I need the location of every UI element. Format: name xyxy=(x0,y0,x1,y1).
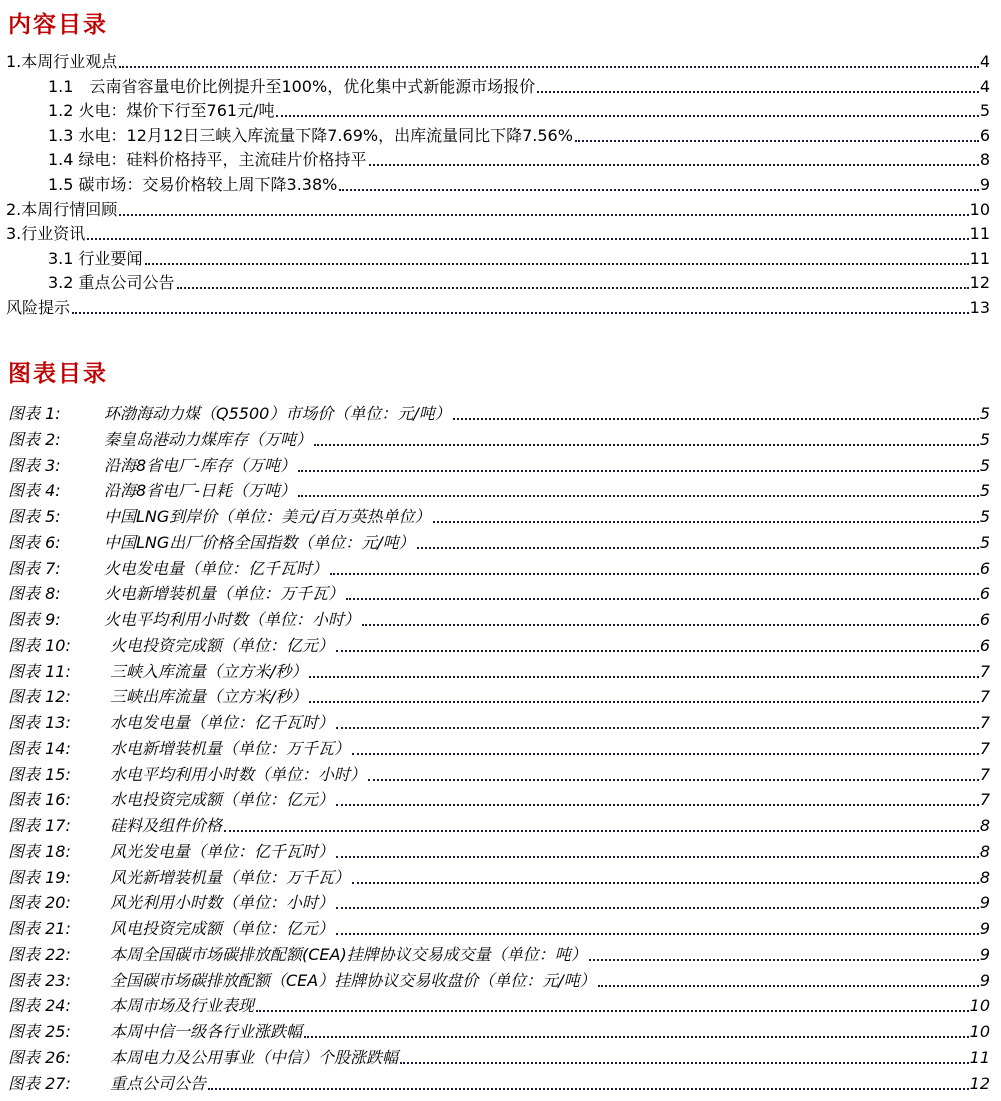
figure-entry-label[interactable]: 火电新增装机量（单位：万千瓦） xyxy=(104,584,346,604)
figure-entry[interactable]: 图表 17:硅料及组件价格8 xyxy=(0,812,990,836)
toc-entry[interactable]: 1.5 碳市场：交易价格较上周下降3.38%9 xyxy=(0,171,990,195)
dot-leader xyxy=(336,933,979,935)
dot-leader xyxy=(537,91,979,93)
figure-entry-label[interactable]: 本周全国碳市场碳排放配额(CEA)挂牌协议交易成交量（单位：吨） xyxy=(110,945,589,965)
toc-entry-page[interactable]: 12 xyxy=(969,273,990,293)
figure-entry-label[interactable]: 风电投资完成额（单位：亿元） xyxy=(110,919,336,939)
dot-leader xyxy=(417,547,979,549)
toc-entry[interactable]: 1.4 绿电：硅料价格持平，主流硅片价格持平8 xyxy=(0,146,990,170)
figure-number: 图表 25: xyxy=(0,1022,110,1042)
figure-entry-label[interactable]: 水电发电量（单位：亿千瓦时） xyxy=(110,713,336,733)
dot-leader xyxy=(304,1036,969,1038)
figure-entry-page[interactable]: 6 xyxy=(979,610,990,630)
figure-entry[interactable]: 图表 7:火电发电量（单位：亿千瓦时）6 xyxy=(0,555,990,579)
dot-leader xyxy=(339,189,978,191)
toc-entry[interactable]: 3.行业资讯11 xyxy=(0,220,990,244)
figure-number: 图表 23: xyxy=(0,971,110,991)
figure-entry[interactable]: 图表 10:火电投资完成额（单位：亿元）6 xyxy=(0,632,990,656)
dot-leader xyxy=(119,66,979,68)
toc-entry-page[interactable]: 5 xyxy=(979,101,990,121)
figure-entry[interactable]: 图表 24:本周市场及行业表现10 xyxy=(0,992,990,1016)
figure-number: 图表 1: xyxy=(0,404,104,424)
figure-number: 图表 14: xyxy=(0,739,110,759)
figure-number: 图表 18: xyxy=(0,842,110,862)
dot-leader xyxy=(256,1010,969,1012)
figure-entry-page[interactable]: 9 xyxy=(979,893,990,913)
dot-leader xyxy=(298,470,979,472)
figure-entry[interactable]: 图表 6:中国LNG出厂价格全国指数（单位：元/吨）5 xyxy=(0,529,990,553)
toc-entry-page[interactable]: 9 xyxy=(979,175,990,195)
figure-entry[interactable]: 图表 1:环渤海动力煤（Q5500）市场价（单位：元/吨）5 xyxy=(0,400,990,424)
dot-leader xyxy=(145,263,969,265)
figure-entry[interactable]: 图表 26:本周电力及公用事业（中信）个股涨跌幅11 xyxy=(0,1044,990,1068)
dot-leader xyxy=(369,164,979,166)
contents-title: 内容目录 xyxy=(8,6,108,39)
figures-title: 图表目录 xyxy=(8,355,108,388)
figure-number: 图表 15: xyxy=(0,765,110,785)
figure-entry-label[interactable]: 火电平均利用小时数（单位：小时） xyxy=(104,610,362,630)
toc-entry[interactable]: 风险提示13 xyxy=(0,294,990,318)
dot-leader xyxy=(598,985,979,987)
figure-number: 图表 27: xyxy=(0,1074,110,1094)
dot-leader xyxy=(336,650,979,652)
dot-leader xyxy=(575,140,979,142)
figure-entry-page[interactable]: 5 xyxy=(979,481,990,501)
figure-entry-page[interactable]: 7 xyxy=(979,662,990,682)
toc-entry-page[interactable]: 8 xyxy=(979,150,990,170)
figure-number: 图表 26: xyxy=(0,1048,110,1068)
figure-entry[interactable]: 图表 15:水电平均利用小时数（单位：小时）7 xyxy=(0,761,990,785)
dot-leader xyxy=(589,959,979,961)
figure-entry-page[interactable]: 6 xyxy=(979,559,990,579)
figure-entry-label[interactable]: 风光利用小时数（单位：小时） xyxy=(110,893,336,913)
figure-number: 图表 8: xyxy=(0,584,104,604)
figure-number: 图表 22: xyxy=(0,945,110,965)
dot-leader xyxy=(119,214,968,216)
toc-entry-label[interactable]: 1.本周行业观点 xyxy=(0,52,119,72)
figure-entry-page[interactable]: 7 xyxy=(979,739,990,759)
dot-leader xyxy=(276,115,978,117)
toc-entry-label[interactable]: 3.1 行业要闻 xyxy=(0,249,145,269)
figure-entry-label[interactable]: 三峡入库流量（立方米/秒） xyxy=(110,662,309,682)
figure-entry[interactable]: 图表 25:本周中信一级各行业涨跌幅10 xyxy=(0,1018,990,1042)
figure-entry[interactable]: 图表 22:本周全国碳市场碳排放配额(CEA)挂牌协议交易成交量（单位：吨）9 xyxy=(0,941,990,965)
dot-leader xyxy=(336,907,979,909)
figure-entry-label[interactable]: 中国LNG出厂价格全国指数（单位：元/吨） xyxy=(104,533,417,553)
toc-entry-label[interactable]: 1.5 碳市场：交易价格较上周下降3.38% xyxy=(0,175,339,195)
figure-entry-page[interactable]: 8 xyxy=(979,868,990,888)
figure-entry[interactable]: 图表 19:风光新增装机量（单位：万千瓦）8 xyxy=(0,864,990,888)
figure-entry-label[interactable]: 风光发电量（单位：亿千瓦时） xyxy=(110,842,336,862)
figure-entry-page[interactable]: 12 xyxy=(969,1074,990,1094)
dot-leader xyxy=(362,624,979,626)
figure-number: 图表 16: xyxy=(0,790,110,810)
figure-entry[interactable]: 图表 16:水电投资完成额（单位：亿元）7 xyxy=(0,786,990,810)
figure-number: 图表 17: xyxy=(0,816,110,836)
figure-entry-label[interactable]: 中国LNG到岸价（单位：美元/百万英热单位） xyxy=(104,507,433,527)
figure-number: 图表 3: xyxy=(0,456,104,476)
figure-entry-label[interactable]: 沿海8省电厂-日耗（万吨） xyxy=(104,481,298,501)
figure-entry-label[interactable]: 全国碳市场碳排放配额（CEA）挂牌协议交易收盘价（单位：元/吨） xyxy=(110,971,598,991)
figure-entry-label[interactable]: 三峡出库流量（立方米/秒） xyxy=(110,687,309,707)
dot-leader xyxy=(368,779,979,781)
figure-entry-label[interactable]: 本周市场及行业表现 xyxy=(110,996,256,1016)
figure-entry-label[interactable]: 水电新增装机量（单位：万千瓦） xyxy=(110,739,352,759)
toc-entry-label[interactable]: 1.1 云南省容量电价比例提升至100%，优化集中式新能源市场报价 xyxy=(0,77,537,97)
toc-entry[interactable]: 1.1 云南省容量电价比例提升至100%，优化集中式新能源市场报价4 xyxy=(0,73,990,97)
figure-entry-label[interactable]: 风光新增装机量（单位：万千瓦） xyxy=(110,868,352,888)
dot-leader xyxy=(336,727,979,729)
dot-leader xyxy=(208,1088,969,1090)
figure-number: 图表 24: xyxy=(0,996,110,1016)
figure-number: 图表 6: xyxy=(0,533,104,553)
figure-entry[interactable]: 图表 18:风光发电量（单位：亿千瓦时）8 xyxy=(0,838,990,862)
figure-entry-label[interactable]: 环渤海动力煤（Q5500）市场价（单位：元/吨） xyxy=(104,404,453,424)
dot-leader xyxy=(309,676,978,678)
figure-entry-label[interactable]: 火电投资完成额（单位：亿元） xyxy=(110,636,336,656)
figure-entry-page[interactable]: 9 xyxy=(979,919,990,939)
toc-entry-page[interactable]: 10 xyxy=(969,200,990,220)
figure-number: 图表 5: xyxy=(0,507,104,527)
figure-entry[interactable]: 图表 11:三峡入库流量（立方米/秒）7 xyxy=(0,658,990,682)
figure-entry[interactable]: 图表 9:火电平均利用小时数（单位：小时）6 xyxy=(0,606,990,630)
figure-entry-page[interactable]: 7 xyxy=(979,687,990,707)
figure-entry-page[interactable]: 5 xyxy=(979,533,990,553)
figure-entry-label[interactable]: 水电投资完成额（单位：亿元） xyxy=(110,790,336,810)
dot-leader xyxy=(298,495,979,497)
figure-entry-label[interactable]: 火电发电量（单位：亿千瓦时） xyxy=(104,559,330,579)
toc-entry[interactable]: 2.本周行情回顾10 xyxy=(0,196,990,220)
toc-entry-label[interactable]: 1.3 水电：12月12日三峡入库流量下降7.69%，出库流量同比下降7.56% xyxy=(0,126,575,146)
figure-entry-page[interactable]: 11 xyxy=(969,1048,990,1068)
figure-entry-page[interactable]: 7 xyxy=(979,790,990,810)
figure-entry-page[interactable]: 5 xyxy=(979,507,990,527)
dot-leader xyxy=(336,804,979,806)
toc-entry[interactable]: 1.2 火电：煤价下行至761元/吨5 xyxy=(0,97,990,121)
figure-number: 图表 11: xyxy=(0,662,110,682)
toc-entry-label[interactable]: 风险提示 xyxy=(0,298,72,318)
figure-number: 图表 13: xyxy=(0,713,110,733)
toc-entry-page[interactable]: 4 xyxy=(979,77,990,97)
figure-number: 图表 9: xyxy=(0,610,104,630)
toc-entry-label[interactable]: 2.本周行情回顾 xyxy=(0,200,119,220)
toc-entry[interactable]: 3.2 重点公司公告12 xyxy=(0,269,990,293)
figure-entry[interactable]: 图表 8:火电新增装机量（单位：万千瓦）6 xyxy=(0,580,990,604)
figure-entry[interactable]: 图表 2:秦皇岛港动力煤库存（万吨）5 xyxy=(0,426,990,450)
toc-entry-label[interactable]: 3.行业资讯 xyxy=(0,224,87,244)
figure-entry-label[interactable]: 秦皇岛港动力煤库存（万吨） xyxy=(104,430,314,450)
dot-leader xyxy=(346,598,979,600)
toc-entry[interactable]: 1.本周行业观点4 xyxy=(0,48,990,72)
figure-entry-page[interactable]: 8 xyxy=(979,816,990,836)
figure-number: 图表 20: xyxy=(0,893,110,913)
dot-leader xyxy=(87,238,968,240)
dot-leader xyxy=(177,287,969,289)
figure-entry[interactable]: 图表 14:水电新增装机量（单位：万千瓦）7 xyxy=(0,735,990,759)
figure-number: 图表 10: xyxy=(0,636,110,656)
dot-leader xyxy=(400,1062,969,1064)
figure-number: 图表 2: xyxy=(0,430,104,450)
dot-leader xyxy=(224,830,979,832)
dot-leader xyxy=(453,418,979,420)
dot-leader xyxy=(336,856,979,858)
figure-entry[interactable]: 图表 21:风电投资完成额（单位：亿元）9 xyxy=(0,915,990,939)
figure-entry-page[interactable]: 7 xyxy=(979,713,990,733)
toc-entry-page[interactable]: 11 xyxy=(969,249,990,269)
dot-leader xyxy=(314,444,979,446)
toc-entry-page[interactable]: 4 xyxy=(979,52,990,72)
figure-entry-label[interactable]: 本周中信一级各行业涨跌幅 xyxy=(110,1022,304,1042)
figure-number: 图表 7: xyxy=(0,559,104,579)
toc-entry[interactable]: 3.1 行业要闻11 xyxy=(0,245,990,269)
figure-entry[interactable]: 图表 3:沿海8省电厂-库存（万吨）5 xyxy=(0,452,990,476)
figure-entry-label[interactable]: 沿海8省电厂-库存（万吨） xyxy=(104,456,298,476)
dot-leader xyxy=(433,521,979,523)
figure-entry-page[interactable]: 5 xyxy=(979,456,990,476)
toc-entry-page[interactable]: 6 xyxy=(979,126,990,146)
toc-entry-label[interactable]: 1.4 绿电：硅料价格持平，主流硅片价格持平 xyxy=(0,150,369,170)
figure-entry-label[interactable]: 重点公司公告 xyxy=(110,1074,208,1094)
figure-entry[interactable]: 图表 27:重点公司公告12 xyxy=(0,1070,990,1094)
figure-entry-page[interactable]: 6 xyxy=(979,636,990,656)
dot-leader xyxy=(72,312,969,314)
figure-entry-page[interactable]: 8 xyxy=(979,842,990,862)
figure-entry-label[interactable]: 硅料及组件价格 xyxy=(110,816,224,836)
dot-leader xyxy=(330,573,979,575)
figure-entry-page[interactable]: 9 xyxy=(979,945,990,965)
figure-entry[interactable]: 图表 4:沿海8省电厂-日耗（万吨）5 xyxy=(0,477,990,501)
figure-number: 图表 4: xyxy=(0,481,104,501)
toc-entry-label[interactable]: 1.2 火电：煤价下行至761元/吨 xyxy=(0,101,276,121)
figure-entry-page[interactable]: 10 xyxy=(969,1022,990,1042)
figure-number: 图表 21: xyxy=(0,919,110,939)
figure-entry[interactable]: 图表 20:风光利用小时数（单位：小时）9 xyxy=(0,889,990,913)
figure-entry[interactable]: 图表 5:中国LNG到岸价（单位：美元/百万英热单位）5 xyxy=(0,503,990,527)
dot-leader xyxy=(352,882,979,884)
figure-entry-page[interactable]: 10 xyxy=(969,996,990,1016)
figure-entry[interactable]: 图表 12:三峡出库流量（立方米/秒）7 xyxy=(0,683,990,707)
toc-entry[interactable]: 1.3 水电：12月12日三峡入库流量下降7.69%，出库流量同比下降7.56%… xyxy=(0,122,990,146)
figure-entry-page[interactable]: 5 xyxy=(979,430,990,450)
figure-entry[interactable]: 图表 13:水电发电量（单位：亿千瓦时）7 xyxy=(0,709,990,733)
figure-entry-page[interactable]: 9 xyxy=(979,971,990,991)
figure-entry-label[interactable]: 水电平均利用小时数（单位：小时） xyxy=(110,765,368,785)
dot-leader xyxy=(352,753,979,755)
figure-entry-page[interactable]: 5 xyxy=(979,404,990,424)
toc-entry-page[interactable]: 13 xyxy=(969,298,990,318)
figure-number: 图表 19: xyxy=(0,868,110,888)
figure-entry-page[interactable]: 6 xyxy=(979,584,990,604)
figure-number: 图表 12: xyxy=(0,687,110,707)
toc-entry-label[interactable]: 3.2 重点公司公告 xyxy=(0,273,177,293)
figure-entry-label[interactable]: 本周电力及公用事业（中信）个股涨跌幅 xyxy=(110,1048,400,1068)
figure-entry-page[interactable]: 7 xyxy=(979,765,990,785)
figure-entry[interactable]: 图表 23:全国碳市场碳排放配额（CEA）挂牌协议交易收盘价（单位：元/吨）9 xyxy=(0,967,990,991)
dot-leader xyxy=(309,701,978,703)
toc-entry-page[interactable]: 11 xyxy=(969,224,990,244)
